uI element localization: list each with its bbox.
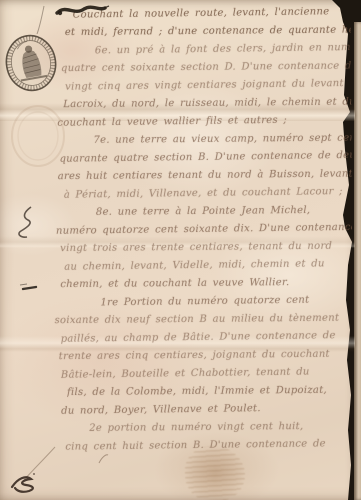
- manuscript-line: cinq cent huit section B. D'une contenan…: [65, 435, 353, 457]
- manuscript-text-block: Couchant la nouvelle route, levant, l'an…: [0, 4, 353, 456]
- under-page-edge: [354, 22, 361, 500]
- photo-background: Couchant la nouvelle route, levant, l'an…: [0, 0, 361, 500]
